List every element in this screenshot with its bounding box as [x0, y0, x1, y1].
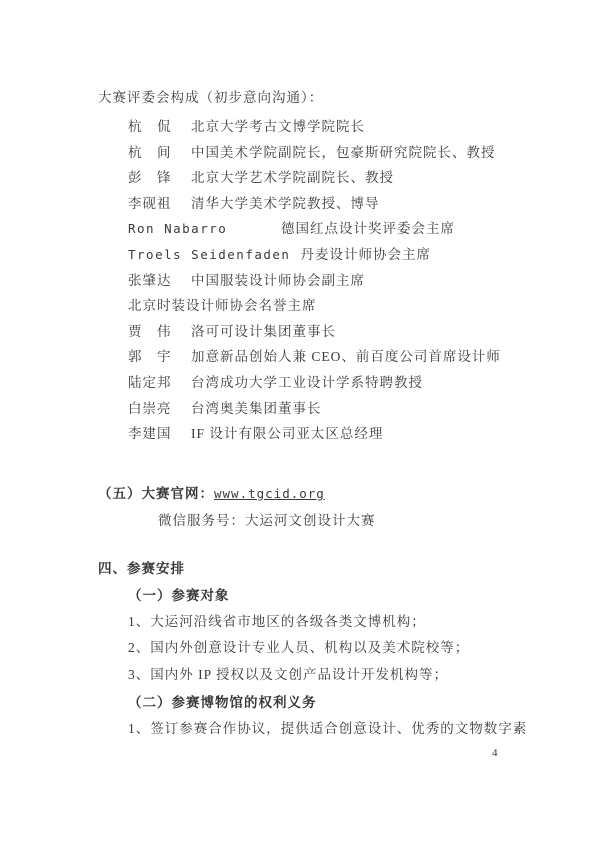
list-item: 1、签订参赛合作协议，提供适合创意设计、优秀的文物数字素: [128, 716, 548, 743]
jury-member-title: 台湾成功大学工业设计学系特聘教授: [191, 370, 423, 396]
jury-member-row: 彭 锋 北京大学艺术学院副院长、教授: [128, 165, 548, 191]
list-item: 3、国内外 IP 授权以及文创产品设计开发机构等；: [128, 662, 548, 689]
jury-member-name: 白崇亮: [128, 396, 178, 422]
jury-member-title: 洛可可设计集团董事长: [191, 319, 336, 345]
jury-member-row: Ron Nabarro 德国红点设计奖评委会主席: [128, 216, 548, 242]
jury-member-name: Ron Nabarro: [128, 216, 268, 242]
jury-member-row: 李建国 IF 设计有限公司亚太区总经理: [128, 421, 548, 447]
jury-list: 杭 侃 北京大学考古文博学院院长 杭 间 中国美术学院副院长，包豪斯研究院院长、…: [98, 114, 548, 447]
official-site-label: （五）大赛官网：: [98, 486, 214, 501]
document-page: 大赛评委会构成（初步意向沟通）： 杭 侃 北京大学考古文博学院院长 杭 间 中国…: [0, 0, 595, 841]
jury-member-row: 杭 侃 北京大学考古文博学院院长: [128, 114, 548, 140]
jury-member-name: 郭 宇: [128, 344, 178, 370]
jury-member-title: 北京大学艺术学院副院长、教授: [191, 165, 394, 191]
jury-member-row: 杭 间 中国美术学院副院长，包豪斯研究院院长、教授: [128, 140, 548, 166]
jury-member-row: Troels Seidenfaden 丹麦设计师协会主席: [128, 242, 548, 268]
jury-member-name: 贾 伟: [128, 319, 178, 345]
subsection-targets: （一）参赛对象 1、大运河沿线省市地区的各级各类文博机构； 2、国内外创意设计专…: [98, 582, 548, 742]
jury-member-name: 李建国: [128, 421, 178, 447]
jury-member-name: Troels Seidenfaden: [128, 242, 290, 268]
jury-member-title: 清华大学美术学院教授、博导: [191, 191, 380, 217]
subsection-heading-targets: （一）参赛对象: [128, 582, 548, 609]
jury-member-name: 陆定邦: [128, 370, 178, 396]
list-item: 2、国内外创意设计专业人员、机构以及美术院校等；: [128, 635, 548, 662]
wechat-label: 微信服务号：: [158, 513, 245, 528]
jury-member-title: 北京大学考古文博学院院长: [191, 114, 365, 140]
jury-member-title: IF 设计有限公司亚太区总经理: [191, 421, 383, 447]
jury-member-row: 白崇亮 台湾奥美集团董事长: [128, 396, 548, 422]
official-site-line: （五）大赛官网：www.tgcid.org: [98, 480, 548, 507]
jury-member-title: 德国红点设计奖评委会主席: [281, 216, 455, 242]
official-site-section: （五）大赛官网：www.tgcid.org 微信服务号：大运河文创设计大赛: [98, 480, 548, 534]
subsection-heading-museum-rights: （二）参赛博物馆的权利义务: [128, 689, 548, 716]
jury-member-title: 中国美术学院副院长，包豪斯研究院院长、教授: [191, 140, 496, 166]
list-item: 1、大运河沿线省市地区的各级各类文博机构；: [128, 609, 548, 636]
official-site-link[interactable]: www.tgcid.org: [214, 486, 325, 501]
jury-member-row: 北京时装设计师协会名誉主席: [128, 293, 548, 319]
jury-member-row: 贾 伟 洛可可设计集团董事长: [128, 319, 548, 345]
jury-member-title: 加意新品创始人兼 CEO、前百度公司首席设计师: [191, 344, 501, 370]
wechat-line: 微信服务号：大运河文创设计大赛: [98, 507, 548, 534]
jury-intro: 大赛评委会构成（初步意向沟通）：: [98, 85, 548, 110]
jury-member-name: 张肇达: [128, 268, 178, 294]
jury-member-title: 北京时装设计师协会名誉主席: [128, 293, 317, 319]
jury-member-row: 郭 宇 加意新品创始人兼 CEO、前百度公司首席设计师: [128, 344, 548, 370]
jury-member-title: 中国服装设计师协会副主席: [191, 268, 365, 294]
jury-member-name: 李砚祖: [128, 191, 178, 217]
jury-member-name: 彭 锋: [128, 165, 178, 191]
jury-member-row: 张肇达 中国服装设计师协会副主席: [128, 268, 548, 294]
section-heading-participation: 四、参赛安排: [98, 555, 548, 582]
wechat-value: 大运河文创设计大赛: [245, 513, 376, 528]
jury-member-name: 杭 间: [128, 140, 178, 166]
jury-member-row: 陆定邦 台湾成功大学工业设计学系特聘教授: [128, 370, 548, 396]
page-content: 大赛评委会构成（初步意向沟通）： 杭 侃 北京大学考古文博学院院长 杭 间 中国…: [98, 85, 548, 742]
page-number: 4: [492, 747, 498, 759]
jury-member-row: 李砚祖 清华大学美术学院教授、博导: [128, 191, 548, 217]
jury-member-name: 杭 侃: [128, 114, 178, 140]
jury-member-title: 台湾奥美集团董事长: [191, 396, 322, 422]
section-participation: 四、参赛安排 （一）参赛对象 1、大运河沿线省市地区的各级各类文博机构； 2、国…: [98, 555, 548, 742]
jury-member-title: 丹麦设计师协会主席: [300, 242, 431, 268]
